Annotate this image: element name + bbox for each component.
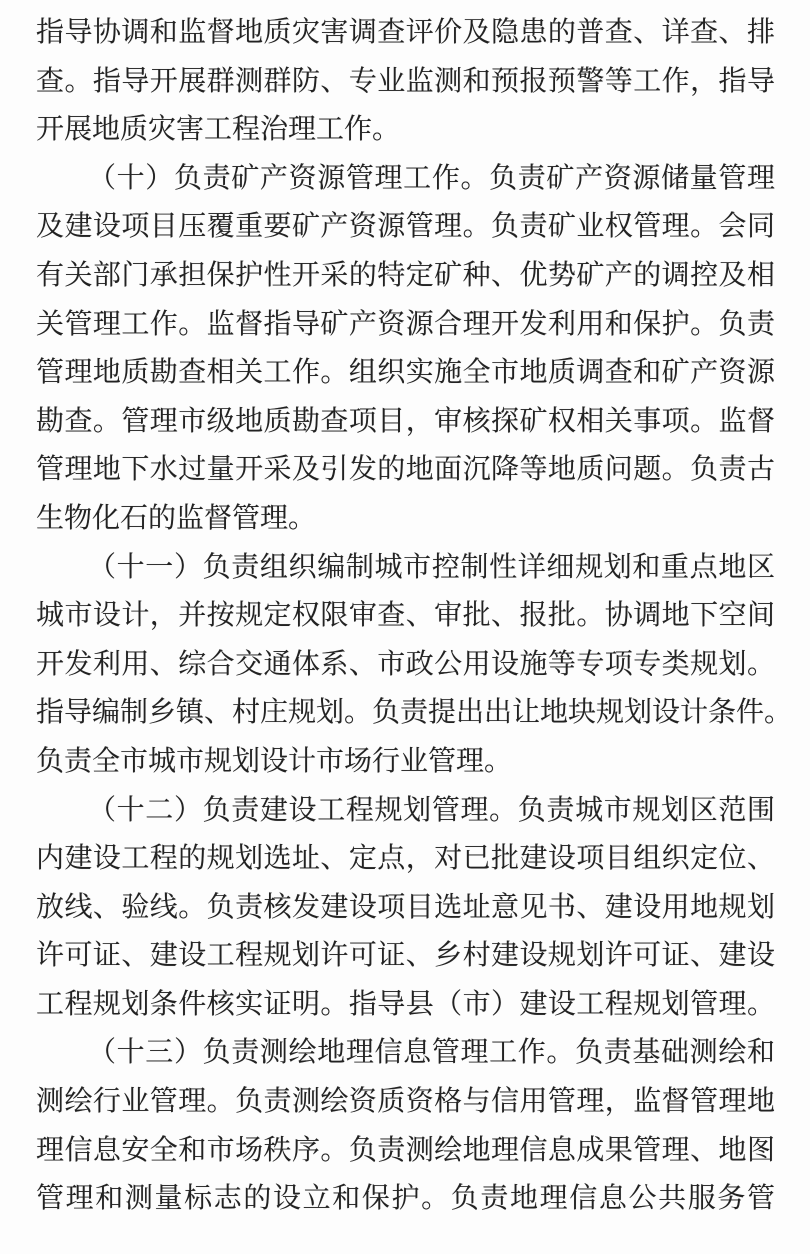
text-line: 负责全市城市规划设计市场行业管理。 — [36, 738, 775, 787]
text-line: 放线、验线。负责核发建设项目选址意见书、建设用地规划 — [36, 884, 775, 933]
text-line: 内建设工程的规划选址、定点，对已批建设项目组织定位、 — [36, 835, 775, 884]
text-line: 生物化石的监督管理。 — [36, 495, 775, 544]
text-line: 管理地质勘查相关工作。组织实施全市地质调查和矿产资源 — [36, 349, 775, 398]
text-line: 指导协调和监督地质灾害调查评价及隐患的普查、详查、排 — [36, 9, 775, 58]
text-line: 及建设项目压覆重要矿产资源管理。负责矿业权管理。会同 — [36, 203, 775, 252]
text-line: 关管理工作。监督指导矿产资源合理开发利用和保护。负责 — [36, 301, 775, 350]
text-line: （十三）负责测绘地理信息管理工作。负责基础测绘和 — [36, 1029, 775, 1078]
text-line: 开展地质灾害工程治理工作。 — [36, 106, 775, 155]
text-line: （十二）负责建设工程规划管理。负责城市规划区范围 — [36, 787, 775, 836]
text-line: 理信息安全和市场秩序。负责测绘地理信息成果管理、地图 — [36, 1127, 775, 1176]
text-line: 有关部门承担保护性开采的特定矿种、优势矿产的调控及相 — [36, 252, 775, 301]
text-line: （十）负责矿产资源管理工作。负责矿产资源储量管理 — [36, 155, 775, 204]
text-line: 指导编制乡镇、村庄规划。负责提出出让地块规划设计条件。 — [36, 689, 775, 738]
text-line: 查。指导开展群测群防、专业监测和预报预警等工作，指导 — [36, 58, 775, 107]
text-line: 管理和测量标志的设立和保护。负责地理信息公共服务管 — [36, 1175, 775, 1224]
document-page: 指导协调和监督地质灾害调查评价及隐患的普查、详查、排查。指导开展群测群防、专业监… — [0, 0, 810, 1254]
text-line: 勘查。管理市级地质勘查项目，审核探矿权相关事项。监督 — [36, 398, 775, 447]
text-line: 管理地下水过量开采及引发的地面沉降等地质问题。负责古 — [36, 446, 775, 495]
text-line: 工程规划条件核实证明。指导县（市）建设工程规划管理。 — [36, 981, 775, 1030]
text-line: 许可证、建设工程规划许可证、乡村建设规划许可证、建设 — [36, 932, 775, 981]
text-line: （十一）负责组织编制城市控制性详细规划和重点地区 — [36, 544, 775, 593]
text-line: 测绘行业管理。负责测绘资质资格与信用管理，监督管理地 — [36, 1078, 775, 1127]
text-line: 城市设计，并按规定权限审查、审批、报批。协调地下空间 — [36, 592, 775, 641]
text-line: 开发利用、综合交通体系、市政公用设施等专项专类规划。 — [36, 641, 775, 690]
